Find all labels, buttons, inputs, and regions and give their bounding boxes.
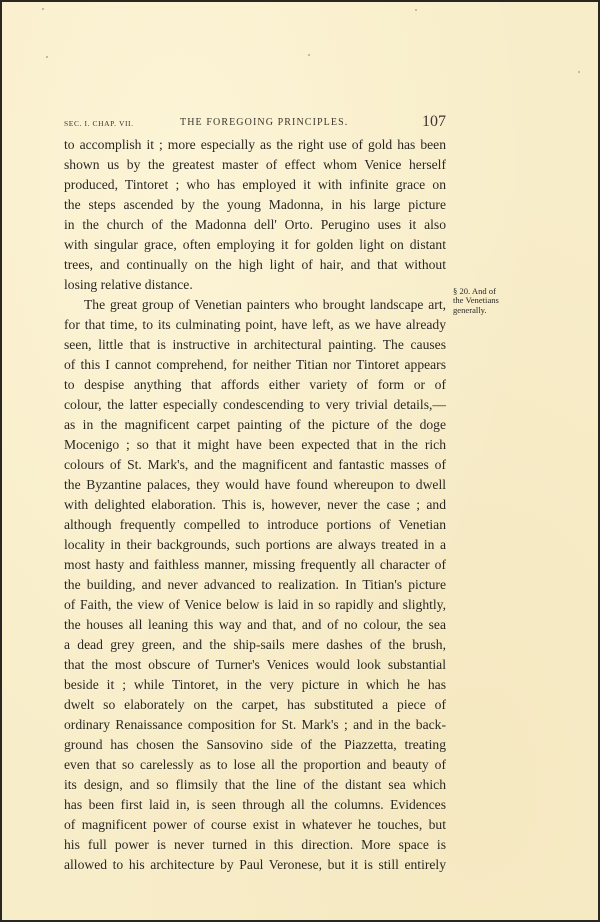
running-head-section: SEC. I. CHAP. VII. bbox=[64, 119, 134, 128]
text-line: in the church of the Madonna dell' Orto.… bbox=[64, 215, 446, 235]
text-line: has been first laid in, is seen through … bbox=[64, 795, 446, 815]
text-line: a dead grey green, and the ship-sails me… bbox=[64, 635, 446, 655]
text-line: of magnificent power of course exist in … bbox=[64, 815, 446, 835]
paragraph-section-20: The great group of Venetian painters who… bbox=[64, 295, 446, 875]
text-line: the Byzantine palaces, they would have f… bbox=[64, 475, 446, 495]
text-line: the building, and never advanced to real… bbox=[64, 575, 446, 595]
paper-speck bbox=[578, 71, 580, 73]
text-line: its design, and so flimsily that the lin… bbox=[64, 775, 446, 795]
text-line: trees, and continually on the high light… bbox=[64, 255, 446, 275]
text-line: ground has chosen the Sansovino side of … bbox=[64, 735, 446, 755]
book-page: SEC. I. CHAP. VII. THE FOREGOING PRINCIP… bbox=[0, 0, 600, 922]
paragraph-continued: to accomplish it ; more especially as th… bbox=[64, 135, 446, 295]
text-line: even that so carelessly as to lose all t… bbox=[64, 755, 446, 775]
text-line: allowed to his architecture by Paul Vero… bbox=[64, 855, 446, 875]
running-head: SEC. I. CHAP. VII. THE FOREGOING PRINCIP… bbox=[64, 114, 446, 132]
text-line: most hasty and faithless manner, missing… bbox=[64, 555, 446, 575]
text-line: losing relative distance. bbox=[64, 275, 446, 295]
running-head-title: THE FOREGOING PRINCIPLES. bbox=[180, 117, 348, 128]
text-line: of this I cannot comprehend, for neither… bbox=[64, 355, 446, 375]
text-line: colour, the latter especially condescend… bbox=[64, 395, 446, 415]
text-line: locality in their backgrounds, such port… bbox=[64, 535, 446, 555]
paper-speck bbox=[308, 54, 310, 56]
text-line: beside it ; while Tintoret, in the very … bbox=[64, 675, 446, 695]
marginal-note-line: generally. bbox=[453, 306, 543, 315]
text-line: the houses all leaning this way and that… bbox=[64, 615, 446, 635]
text-line: with delighted elaboration. This is, how… bbox=[64, 495, 446, 515]
page-number: 107 bbox=[422, 113, 446, 131]
text-line: his full power is never turned in this d… bbox=[64, 835, 446, 855]
text-line: to despise anything that affords either … bbox=[64, 375, 446, 395]
body-text: to accomplish it ; more especially as th… bbox=[64, 135, 446, 875]
text-line: Mocenigo ; so that it might have been ex… bbox=[64, 435, 446, 455]
text-line: as in the magnificent carpet painting of… bbox=[64, 415, 446, 435]
text-line: dwelt so elaborately on the carpet, has … bbox=[64, 695, 446, 715]
text-line: seen, little that is instructive in arch… bbox=[64, 335, 446, 355]
text-line: with singular grace, often employing it … bbox=[64, 235, 446, 255]
text-line: colours of St. Mark's, and the magnifice… bbox=[64, 455, 446, 475]
text-line: for that time, to its culminating point,… bbox=[64, 315, 446, 335]
text-line: the steps ascended by the young Madonna,… bbox=[64, 195, 446, 215]
text-line: of Faith, the view of Venice below is la… bbox=[64, 595, 446, 615]
marginal-note: § 20. And of the Venetians generally. bbox=[453, 287, 543, 315]
paper-speck bbox=[42, 8, 44, 10]
text-line: The great group of Venetian painters who… bbox=[64, 295, 446, 315]
text-line: ordinary Renaissance composition for St.… bbox=[64, 715, 446, 735]
text-line: although frequently compelled to introdu… bbox=[64, 515, 446, 535]
text-line: that the most obscure of Turner's Venice… bbox=[64, 655, 446, 675]
paper-speck bbox=[46, 56, 48, 58]
text-line: to accomplish it ; more especially as th… bbox=[64, 135, 446, 155]
paper-speck bbox=[415, 9, 417, 11]
text-line: shown us by the greatest master of effec… bbox=[64, 155, 446, 175]
text-line: produced, Tintoret ; who has employed it… bbox=[64, 175, 446, 195]
